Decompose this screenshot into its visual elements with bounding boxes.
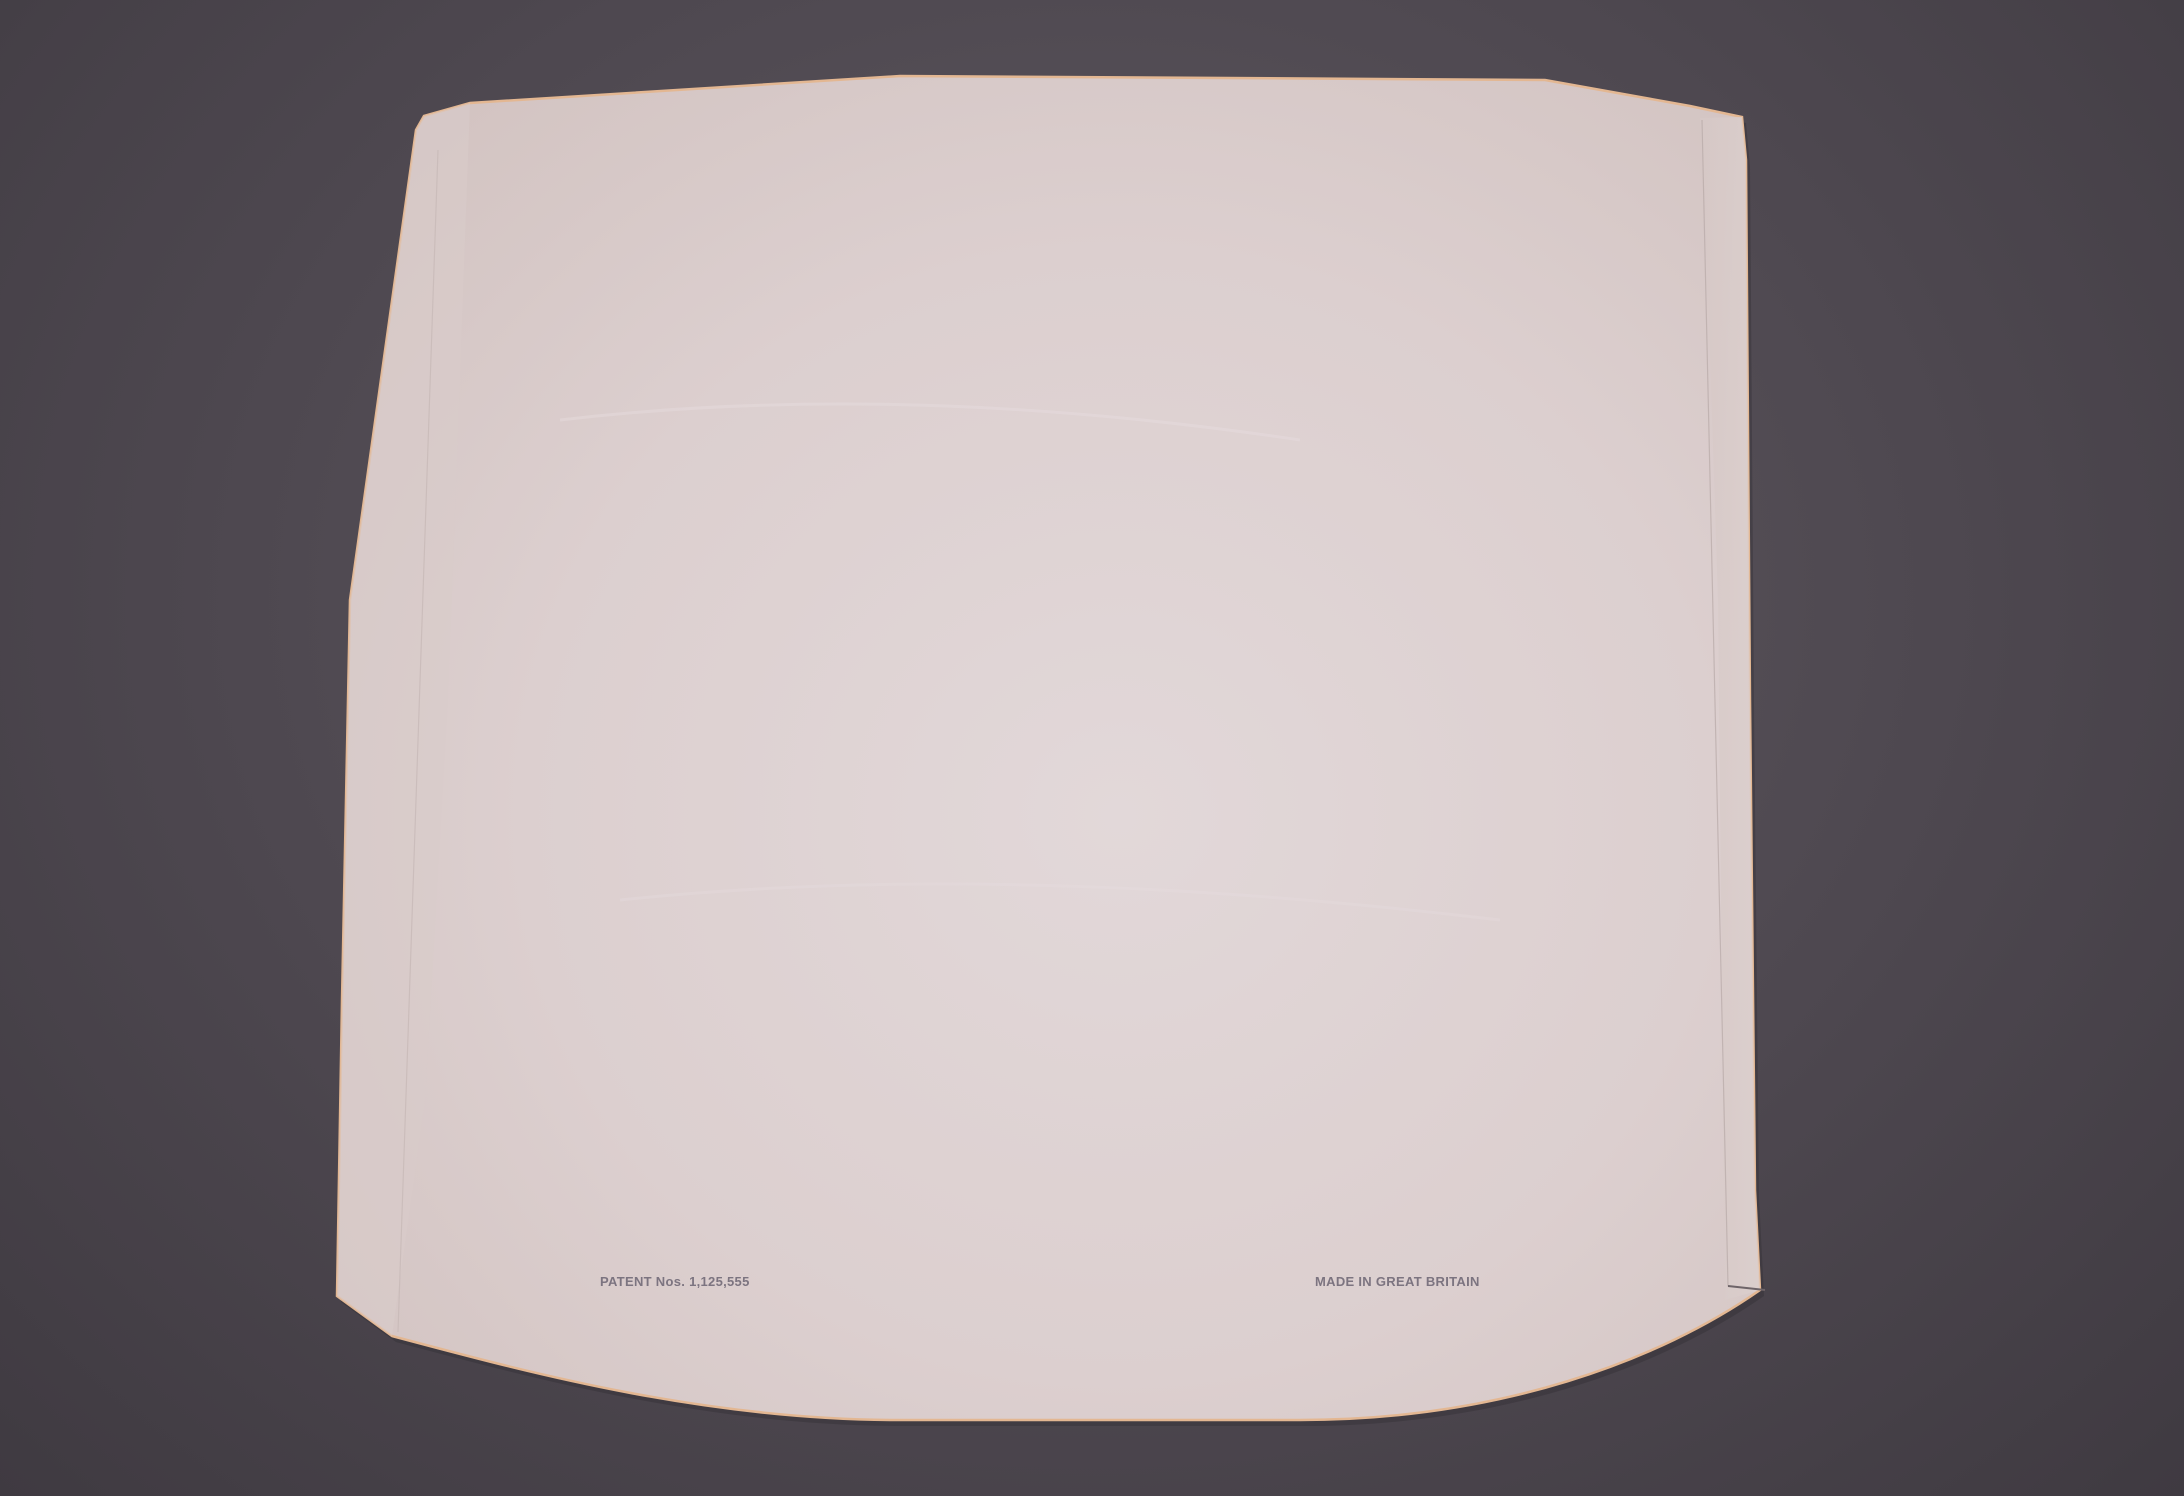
patent-number-text: PATENT Nos. 1,125,555 — [600, 1274, 750, 1289]
photo-scene: PATENT Nos. 1,125,555 MADE IN GREAT BRIT… — [0, 0, 2184, 1496]
sleeve-paper — [337, 76, 1760, 1420]
made-in-great-britain-text: MADE IN GREAT BRITAIN — [1315, 1274, 1480, 1289]
record-sleeve — [0, 0, 2184, 1496]
